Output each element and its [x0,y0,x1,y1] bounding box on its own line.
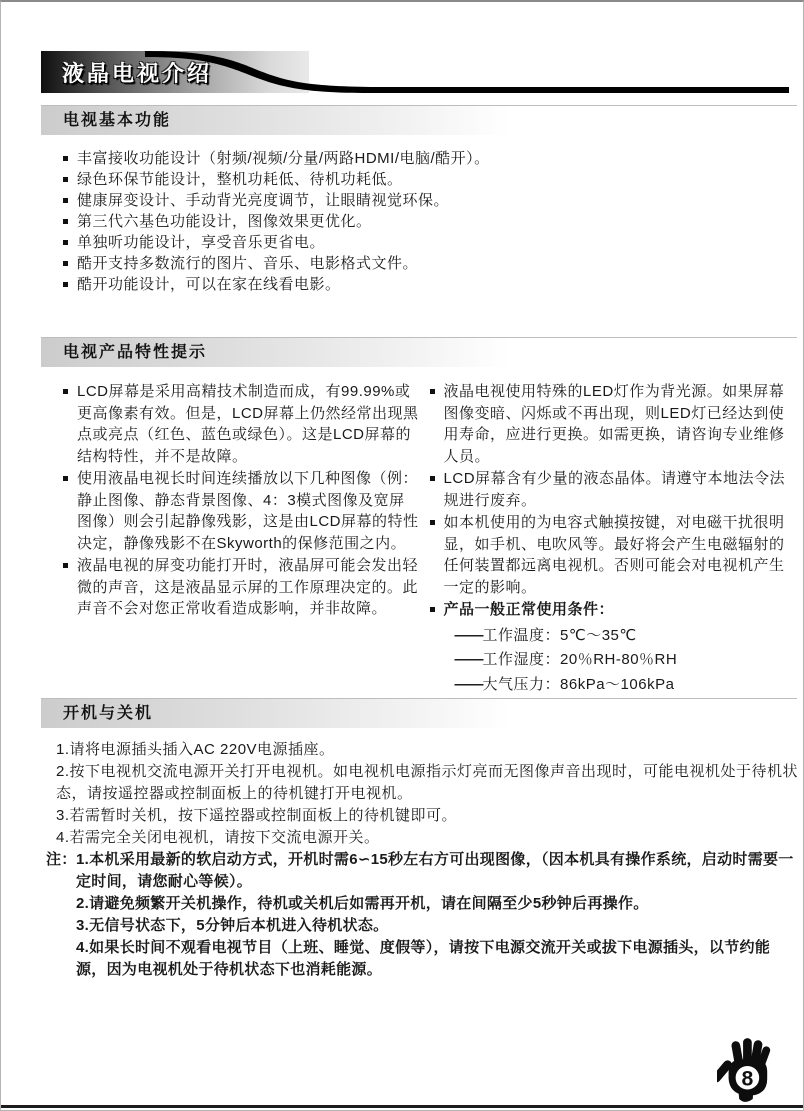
list-item: LCD屏幕是采用高精技术制造而成，有99.99%或更高像素有效。但是，LCD屏幕… [63,381,420,467]
feature-tips-left-column: LCD屏幕是采用高精技术制造而成，有99.99%或更高像素有效。但是，LCD屏幕… [63,381,420,698]
conditions-title: 产品一般正常使用条件： [444,601,615,618]
feature-tips-left-list: LCD屏幕是采用高精技术制造而成，有99.99%或更高像素有效。但是，LCD屏幕… [63,381,420,620]
bullet-square-icon [63,563,68,568]
condition-text: 工作湿度：20％RH-80％RH [483,651,678,668]
page-number: 8 [742,1066,754,1090]
note-item: 1.本机采用最新的软启动方式，开机时需6∽15秒左右方可出现图像，（因本机具有操… [76,849,794,893]
bullet-square-icon [63,389,68,394]
page-number-hand-icon: 8 [717,1038,773,1102]
condition-text: 大气压力：86kPa～106kPa [483,676,675,693]
list-item-text: LCD屏幕含有少量的液态晶体。请遵守本地法令法规进行废弃。 [444,470,786,509]
feature-tips-right-column: 液晶电视使用特殊的LED灯作为背光源。如果屏幕图像变暗、闪烁或不再出现，则LED… [430,381,796,698]
list-item-text: 使用液晶电视长时间连续播放以下几种图像（例：静止图像、静态背景图像、4：3模式图… [77,470,419,552]
bullet-square-icon [63,198,68,203]
feature-tips-right-list: 液晶电视使用特殊的LED灯作为背光源。如果屏幕图像变暗、闪烁或不再出现，则LED… [430,381,796,697]
list-item: 绿色环保节能设计，整机功耗低、待机功耗低。 [63,169,763,190]
list-item-text: 酷开功能设计，可以在家在线看电影。 [77,276,341,293]
list-item: 液晶电视使用特殊的LED灯作为背光源。如果屏幕图像变暗、闪烁或不再出现，则LED… [430,381,796,467]
list-item-text: 酷开支持多数流行的图片、音乐、电影格式文件。 [77,255,418,272]
hand-icon: 8 [717,1038,773,1102]
power-step: 2.按下电视机交流电源开关打开电视机。如电视机电源指示灯亮而无图像声音出现时，可… [56,761,798,805]
power-step: 4.若需完全关闭电视机，请按下交流电源开关。 [56,827,798,849]
condition-row-pressure: ——大气压力：86kPa～106kPa [455,673,796,698]
list-item: 液晶电视的屏变功能打开时，液晶屏可能会发出轻微的声音，这是液晶显示屏的工作原理决… [63,555,420,620]
feature-tips-columns: LCD屏幕是采用高精技术制造而成，有99.99%或更高像素有效。但是，LCD屏幕… [63,381,796,698]
power-notes: 注： 1.本机采用最新的软启动方式，开机时需6∽15秒左右方可出现图像，（因本机… [46,849,794,981]
note-item: 4.如果长时间不观看电视节目（上班、睡觉、度假等），请按下电源交流开关或拔下电源… [76,937,794,981]
bullet-square-icon [430,607,435,612]
basic-functions-list: 丰富接收功能设计（射频/视频/分量/两路HDMI/电脑/酷开）。 绿色环保节能设… [63,148,763,295]
bottom-bar [1,1105,803,1108]
section-header-feature-tips: 电视产品特性提示 [41,337,797,367]
condition-dash: —— [455,627,483,644]
conditions-rows: ——工作温度：5℃～35℃ ——工作湿度：20％RH-80％RH ——大气压力：… [444,624,796,698]
list-item-text: 液晶电视的屏变功能打开时，液晶屏可能会发出轻微的声音，这是液晶显示屏的工作原理决… [77,557,418,617]
section-header-basic-functions: 电视基本功能 [41,105,797,135]
bullet-square-icon [430,476,435,481]
list-item-text: 第三代六基色功能设计，图像效果更优化。 [77,213,372,230]
bullet-square-icon [63,177,68,182]
list-item-text: 健康屏变设计、手动背光亮度调节，让眼睛视觉环保。 [77,192,449,209]
list-item: 单独听功能设计，享受音乐更省电。 [63,232,763,253]
notes-label: 注： [46,849,77,871]
condition-row-humidity: ——工作湿度：20％RH-80％RH [455,648,796,673]
condition-text: 工作温度：5℃～35℃ [483,627,637,644]
page-banner-title: 液晶电视介绍 [62,57,212,88]
list-item: LCD屏幕含有少量的液态晶体。请遵守本地法令法规进行废弃。 [430,468,796,511]
list-item-text: 丰富接收功能设计（射频/视频/分量/两路HDMI/电脑/酷开）。 [77,150,490,167]
list-item-text: 如本机使用的为电容式触摸按键，对电磁干扰很明显，如手机、电吹风等。最好将会产生电… [444,514,785,596]
list-item: 使用液晶电视长时间连续播放以下几种图像（例：静止图像、静态背景图像、4：3模式图… [63,468,420,554]
note-item: 3.无信号状态下，5分钟后本机进入待机状态。 [76,915,794,937]
bullet-square-icon [63,156,68,161]
manual-page: 液晶电视介绍 电视基本功能 丰富接收功能设计（射频/视频/分量/两路HDMI/电… [0,0,804,1111]
condition-row-temperature: ——工作温度：5℃～35℃ [455,624,796,649]
bullet-square-icon [63,219,68,224]
bullet-square-icon [430,389,435,394]
condition-dash: —— [455,651,483,668]
list-item: 如本机使用的为电容式触摸按键，对电磁干扰很明显，如手机、电吹风等。最好将会产生电… [430,512,796,598]
power-steps: 1.请将电源插头插入AC 220V电源插座。 2.按下电视机交流电源开关打开电视… [56,739,798,849]
power-step: 1.请将电源插头插入AC 220V电源插座。 [56,739,798,761]
list-item: 健康屏变设计、手动背光亮度调节，让眼睛视觉环保。 [63,190,763,211]
list-item: 酷开功能设计，可以在家在线看电影。 [63,274,763,295]
bullet-square-icon [430,520,435,525]
bullet-square-icon [63,476,68,481]
page-banner: 液晶电视介绍 [41,48,793,94]
note-item: 2.请避免频繁开关机操作，待机或关机后如需再开机，请在间隔至少5秒钟后再操作。 [76,893,794,915]
list-item-text: 液晶电视使用特殊的LED灯作为背光源。如果屏幕图像变暗、闪烁或不再出现，则LED… [444,383,785,465]
list-item: 第三代六基色功能设计，图像效果更优化。 [63,211,763,232]
condition-dash: —— [455,676,483,693]
normal-use-conditions: 产品一般正常使用条件： ——工作温度：5℃～35℃ ——工作湿度：20％RH-8… [430,599,796,697]
list-item-text: 绿色环保节能设计，整机功耗低、待机功耗低。 [77,171,403,188]
bullet-square-icon [63,282,68,287]
bullet-square-icon [63,240,68,245]
bullet-square-icon [63,261,68,266]
list-item: 酷开支持多数流行的图片、音乐、电影格式文件。 [63,253,763,274]
list-item-text: 单独听功能设计，享受音乐更省电。 [77,234,325,251]
list-item-text: LCD屏幕是采用高精技术制造而成，有99.99%或更高像素有效。但是，LCD屏幕… [77,383,419,465]
section-header-power-on-off: 开机与关机 [41,698,797,728]
power-step: 3.若需暂时关机，按下遥控器或控制面板上的待机键即可。 [56,805,798,827]
list-item: 丰富接收功能设计（射频/视频/分量/两路HDMI/电脑/酷开）。 [63,148,763,169]
